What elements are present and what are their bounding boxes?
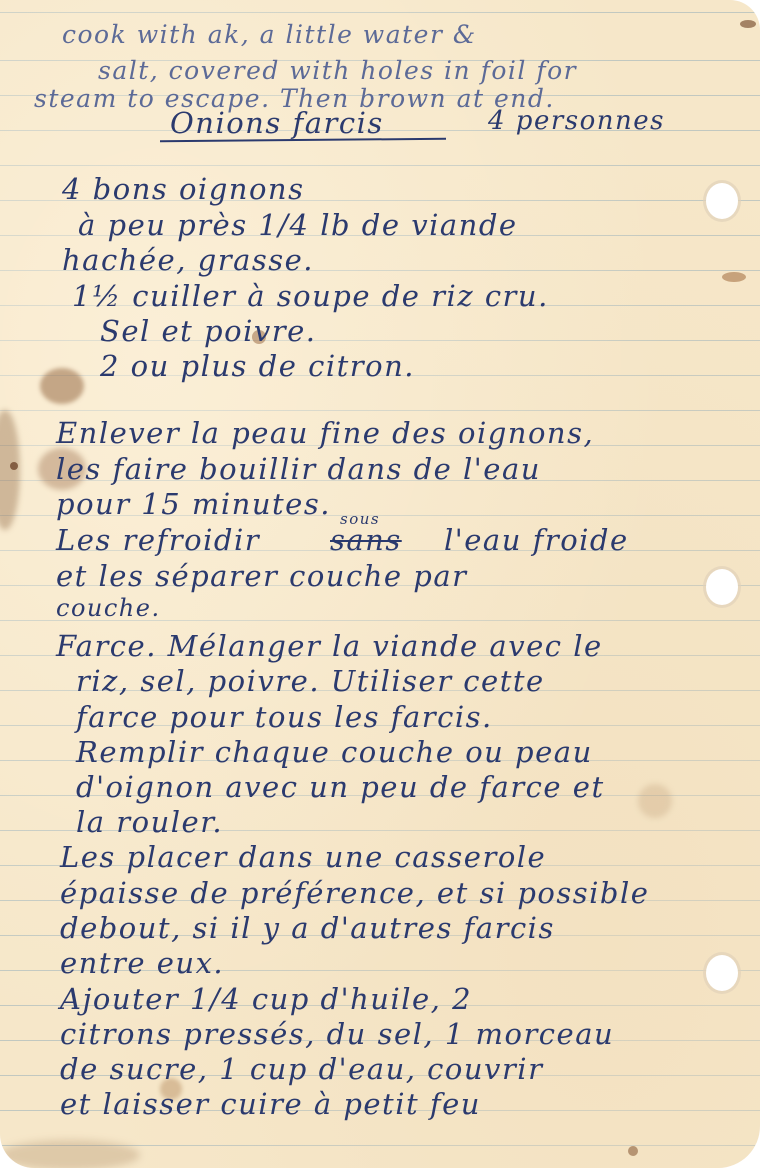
- ingredient: 1½ cuiller à soupe de riz cru.: [72, 279, 549, 313]
- step-line: l'eau froide: [444, 523, 629, 557]
- stain: [0, 1140, 140, 1168]
- step-line: Farce. Mélanger la viande avec le: [56, 629, 603, 663]
- servings: 4 personnes: [488, 106, 665, 136]
- step-line: Ajouter 1/4 cup d'huile, 2: [60, 982, 472, 1016]
- punch-hole: [706, 183, 738, 219]
- stain: [638, 784, 672, 818]
- recipe-card: cook with ak, a little water & salt, cov…: [0, 0, 760, 1168]
- stain: [40, 368, 84, 404]
- step-line: Les placer dans une casserole: [60, 840, 546, 874]
- ingredient: à peu près 1/4 lb de viande: [78, 208, 518, 242]
- step-line: entre eux.: [60, 946, 224, 980]
- step-line: Les refroidir: [56, 523, 260, 557]
- ingredient: hachée, grasse.: [62, 243, 314, 277]
- stain: [722, 272, 746, 282]
- stain: [0, 410, 20, 530]
- stain: [628, 1146, 638, 1156]
- note-line: salt, covered with holes in foil for: [98, 56, 577, 85]
- punch-hole: [706, 569, 738, 605]
- step-line: farce pour tous les farcis.: [76, 700, 493, 734]
- step-line: la rouler.: [76, 805, 223, 839]
- struck-word: sans: [330, 523, 402, 557]
- step-line: les faire bouillir dans de l'eau: [56, 452, 541, 486]
- punch-hole: [706, 955, 738, 991]
- note-line: cook with ak, a little water &: [62, 20, 477, 49]
- step-line: debout, si il y a d'autres farcis: [60, 911, 555, 945]
- correction-word: sous: [340, 510, 380, 528]
- step-line: et laisser cuire à petit feu: [60, 1087, 481, 1121]
- step-line: d'oignon avec un peu de farce et: [76, 770, 605, 804]
- ingredient: 4 bons oignons: [62, 172, 304, 206]
- step-line: épaisse de préférence, et si possible: [60, 876, 649, 910]
- step-line: pour 15 minutes.: [56, 487, 331, 521]
- step-line: couche.: [56, 594, 161, 622]
- step-line: et les séparer couche par: [56, 559, 467, 593]
- step-line: Enlever la peau fine des oignons,: [56, 416, 594, 450]
- step-line: riz, sel, poivre. Utiliser cette: [76, 664, 545, 698]
- stain: [10, 462, 18, 470]
- ingredient: 2 ou plus de citron.: [100, 349, 415, 383]
- recipe-title: Onions farcis: [170, 106, 384, 140]
- step-line: Remplir chaque couche ou peau: [76, 735, 593, 769]
- ingredient: Sel et poivre.: [100, 314, 316, 348]
- stain: [740, 20, 756, 28]
- step-line: citrons pressés, du sel, 1 morceau: [60, 1017, 614, 1051]
- step-line: de sucre, 1 cup d'eau, couvrir: [60, 1052, 543, 1086]
